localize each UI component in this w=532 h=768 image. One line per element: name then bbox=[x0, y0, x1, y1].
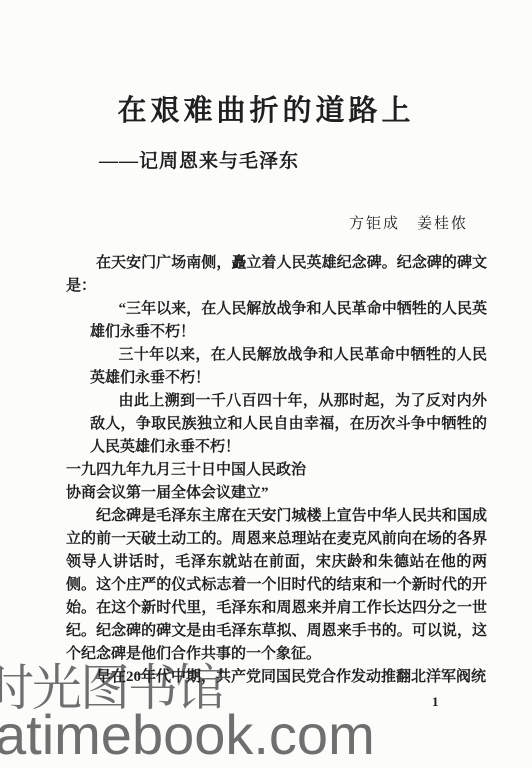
article-subtitle: ——记周恩来与毛泽东 bbox=[99, 146, 299, 173]
monument-inscription: “三年以来，在人民解放战争和人民革命中牺牲的人民英雄们永垂不朽！ 三十年以来，在… bbox=[90, 298, 487, 459]
inscription-date-line-2: 协商会议第一届全体会议建立” bbox=[66, 482, 487, 505]
paragraph-intro: 在天安门广场南侧，矗立着人民英雄纪念碑。纪念碑的碑文是： bbox=[66, 252, 487, 298]
page-number: 1 bbox=[432, 694, 439, 710]
inscription-line-3: 由此上溯到一千八百四十年，从那时起，为了反对内外敌人，争取民族独立和人民自由幸福… bbox=[90, 390, 487, 459]
author-names: 方钜成 姜桂侬 bbox=[349, 212, 468, 233]
book-page: 时光图书馆 atimebook.com 在艰难曲折的道路上 ——记周恩来与毛泽东… bbox=[0, 0, 532, 768]
inscription-date-line-1: 一九四九年九月三十日中国人民政治 bbox=[66, 459, 487, 482]
inscription-line-2: 三十年以来，在人民解放战争和人民革命中牺牲的人民英雄们永垂不朽！ bbox=[90, 344, 487, 390]
paragraph-last: 早在20年代中期，共产党同国民党合作发动推翻北洋军阀统 bbox=[66, 666, 487, 689]
paragraph-main: 纪念碑是毛泽东主席在天安门城楼上宣告中华人民共和国成立的前一天破土动工的。周恩来… bbox=[66, 505, 487, 666]
article-title: 在艰难曲折的道路上 bbox=[0, 88, 532, 129]
body-text: 在天安门广场南侧，矗立着人民英雄纪念碑。纪念碑的碑文是： “三年以来，在人民解放… bbox=[66, 252, 487, 689]
inscription-line-1: “三年以来，在人民解放战争和人民革命中牺牲的人民英雄们永垂不朽！ bbox=[90, 298, 487, 344]
watermark-site-url: atimebook.com bbox=[0, 702, 375, 767]
